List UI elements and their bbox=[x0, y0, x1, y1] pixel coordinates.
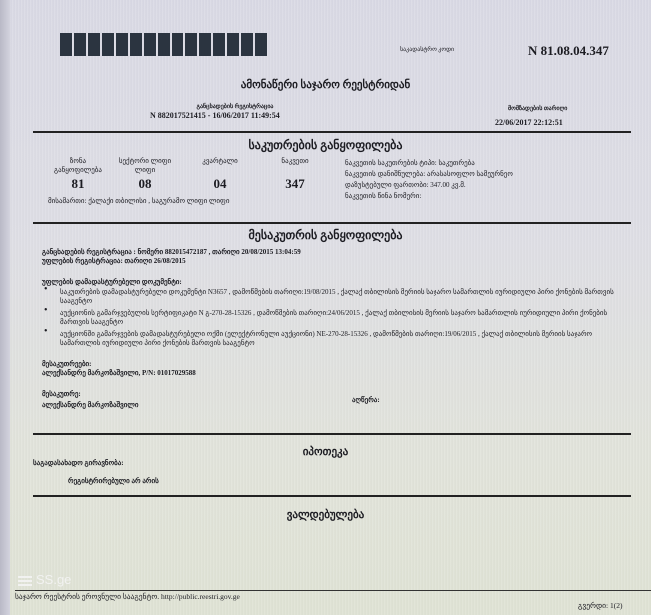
sector-column: სექტორი ლიფი ლიფი 08 bbox=[110, 157, 180, 188]
mortgage-label: საგადასახადო გირავნობა: bbox=[33, 459, 124, 467]
bullet: • bbox=[44, 284, 48, 295]
prep-date-value: 22/06/2017 22:12:51 bbox=[495, 118, 563, 127]
sector-label: სექტორი ლიფი ლიფი bbox=[110, 157, 180, 175]
application-value: N 882017521415 - 16/06/2017 11:49:54 bbox=[150, 111, 280, 120]
document-item: საკუთრების დამადასტურებელი დოკუმენტი N36… bbox=[60, 288, 620, 306]
documents-label: უფლების დამადასტურებელი დოკუმენტი: bbox=[42, 278, 182, 286]
bullet: • bbox=[44, 305, 48, 316]
cadastral-number: N 81.08.04.347 bbox=[528, 43, 609, 59]
property-address: მისამართი: ქალაქი თბილისი , საგურამო ლიფ… bbox=[48, 197, 229, 205]
liens-section-title: ვალდებულება bbox=[0, 508, 651, 521]
mortgage-value: რეგისტრირებული არ არის bbox=[68, 477, 159, 485]
property-purpose: ნაკვეთის დანიშნულება: არასასოფლო სამეურნ… bbox=[345, 169, 513, 180]
watermark-text: SS.ge bbox=[36, 572, 71, 587]
mortgage-section-title: იპოთეკა bbox=[0, 445, 651, 458]
footer-note: საჯარო რეესტრის ეროვნული სააგენტო. http:… bbox=[15, 592, 240, 601]
parcel-column: ნაკვეთი 347 bbox=[260, 157, 330, 188]
divider bbox=[33, 131, 631, 133]
divider bbox=[33, 222, 631, 224]
owners-label: მესაკუთრეები: bbox=[42, 360, 92, 368]
owner-value: ალექსანდრე მარკოზაშვილი bbox=[42, 401, 138, 409]
prep-date-label: მომზადების თარიღი bbox=[508, 105, 567, 112]
document-item: აუქციონში გამარჯვების დამადასტურებელი ოქ… bbox=[60, 330, 620, 348]
owner-section-title: მესაკუთრის განყოფილება bbox=[0, 228, 651, 243]
quarter-value: 04 bbox=[185, 179, 255, 188]
property-prev-number: ნაკვეთის წინა ნომერი: bbox=[345, 191, 513, 202]
quarter-column: კვარტალი 04 bbox=[185, 157, 255, 188]
paper-edge bbox=[0, 0, 10, 615]
sector-value: 08 bbox=[110, 179, 180, 188]
barcode bbox=[60, 33, 267, 56]
owner-label: მესაკუთრე: bbox=[42, 390, 81, 398]
zone-value: 81 bbox=[48, 179, 108, 188]
footer-divider bbox=[15, 590, 651, 591]
watermark: SS.ge bbox=[18, 572, 71, 588]
quarter-label: კვარტალი bbox=[185, 157, 255, 175]
share-label: აღწერა: bbox=[352, 396, 380, 404]
application-label: განცხადების რეგისტრაცია bbox=[150, 103, 320, 110]
property-area: დაზუსტებული ფართობი: 347.00 კვ.მ. bbox=[345, 180, 513, 191]
property-details: ნაკვეთის საკუთრების ტიპი: საკუთრება ნაკვ… bbox=[345, 158, 513, 202]
owner-update-line: უფლების რეგისტრაცია: თარიღი 26/08/2015 bbox=[42, 257, 186, 265]
divider bbox=[33, 433, 631, 435]
cadastral-caption: საკადასტრო კოდი bbox=[400, 46, 454, 53]
parcel-label: ნაკვეთი bbox=[260, 157, 330, 175]
zone-column: ზონა განყოფილება 81 bbox=[48, 157, 108, 188]
property-ownership-type: ნაკვეთის საკუთრების ტიპი: საკუთრება bbox=[345, 158, 513, 169]
divider bbox=[33, 495, 631, 497]
document-photo: საკადასტრო კოდი N 81.08.04.347 ამონაწერი… bbox=[0, 0, 651, 615]
parcel-value: 347 bbox=[260, 179, 330, 188]
bullet: • bbox=[44, 326, 48, 337]
owner-registration-line: განცხადების რეგისტრაცია : ნომერი 8820154… bbox=[42, 248, 301, 256]
zone-label: ზონა განყოფილება bbox=[48, 157, 108, 175]
property-section-title: საკუთრების განყოფილება bbox=[0, 138, 651, 153]
owners-value: ალექსანდრე მარკოზაშვილი, P/N: 0101702958… bbox=[42, 369, 196, 377]
page-number: გვერდი: 1(2) bbox=[578, 601, 622, 610]
menu-icon bbox=[18, 574, 32, 588]
document-title: ამონაწერი საჯარო რეესტრიდან bbox=[0, 78, 651, 91]
document-item: აუქციონის გამარჯვებულის სერტიფიკატი N გ-… bbox=[60, 309, 620, 327]
